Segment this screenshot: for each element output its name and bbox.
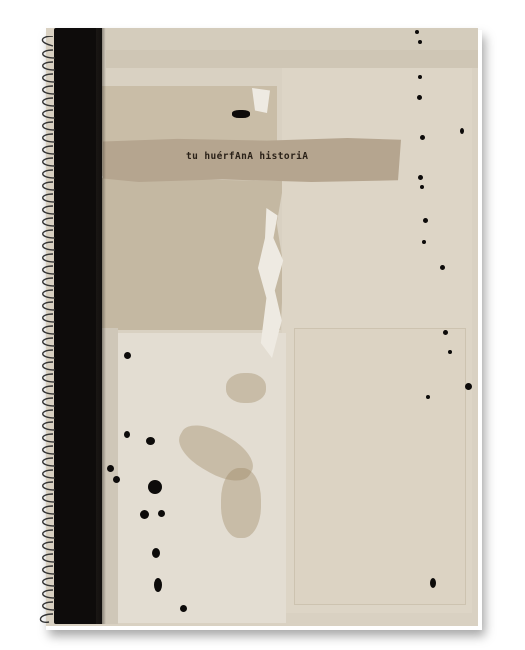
ink-drip bbox=[420, 185, 424, 189]
ink-splatter bbox=[124, 431, 130, 438]
ink-splatter bbox=[146, 437, 155, 445]
ink-splatter bbox=[440, 265, 445, 270]
ink-drip bbox=[423, 218, 428, 223]
right-lower-panel bbox=[294, 328, 466, 605]
top-strip bbox=[106, 50, 478, 68]
ink-splatter bbox=[124, 352, 131, 359]
spine-edge bbox=[96, 28, 106, 624]
middle-left-paper bbox=[102, 178, 284, 330]
ink-splatter bbox=[430, 578, 436, 588]
notebook-cover bbox=[46, 28, 478, 626]
ink-drip bbox=[418, 175, 423, 180]
ink-splatter bbox=[465, 383, 472, 390]
ink-splatter bbox=[107, 465, 114, 472]
ink-splatter bbox=[426, 395, 430, 399]
ink-drip bbox=[417, 95, 422, 100]
black-spine-tape bbox=[54, 28, 102, 624]
title-label-text: tu huérfAnA historiA bbox=[186, 151, 308, 162]
ink-splatter bbox=[140, 510, 149, 519]
ink-splatter bbox=[232, 110, 250, 118]
ink-drip bbox=[418, 75, 422, 79]
ink-splatter bbox=[180, 605, 187, 612]
ink-splatter bbox=[443, 330, 448, 335]
ink-drip bbox=[418, 40, 422, 44]
ink-splatter bbox=[148, 480, 162, 494]
ink-splatter bbox=[113, 476, 120, 483]
ink-splatter bbox=[158, 510, 165, 517]
ink-drip bbox=[422, 240, 426, 244]
ink-splatter bbox=[152, 548, 160, 558]
stain bbox=[221, 468, 261, 538]
stain bbox=[226, 373, 266, 403]
spiral-binding bbox=[33, 36, 59, 626]
ink-splatter bbox=[448, 350, 452, 354]
ink-splatter bbox=[154, 578, 162, 592]
ink-drip bbox=[420, 135, 425, 140]
ink-drip bbox=[415, 30, 419, 34]
ink-drip bbox=[460, 128, 464, 134]
